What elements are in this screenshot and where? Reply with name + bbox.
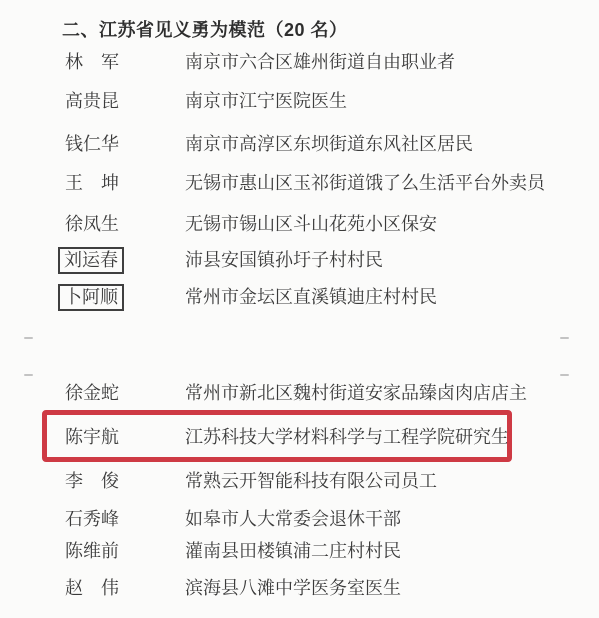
- person-description: 常州市新北区魏村街道安家品臻卤肉店店主: [185, 383, 527, 403]
- list-row: 石秀峰 如皋市人大常委会退休干部: [65, 509, 401, 529]
- list-row: 徐金蛇 常州市新北区魏村街道安家品臻卤肉店店主: [65, 383, 527, 403]
- person-description: 沛县安国镇孙圩子村村民: [185, 250, 383, 270]
- list-row: 刘运春 沛县安国镇孙圩子村村民: [65, 250, 383, 274]
- list-row: 赵 伟 滨海县八滩中学医务室医生: [65, 578, 401, 598]
- person-name-boxed: 刘运春: [65, 250, 185, 274]
- person-description: 如皋市人大常委会退休干部: [185, 509, 401, 529]
- person-description: 南京市高淳区东坝街道东风社区居民: [185, 134, 473, 154]
- list-row: 徐凤生 无锡市锡山区斗山花苑小区保安: [65, 214, 437, 234]
- list-row: 林 军 南京市六合区雄州街道自由职业者: [65, 52, 455, 72]
- person-name: 李 俊: [65, 471, 185, 491]
- person-name: 王 坤: [65, 173, 185, 193]
- person-description: 南京市六合区雄州街道自由职业者: [185, 52, 455, 72]
- person-description: 滨海县八滩中学医务室医生: [185, 578, 401, 598]
- person-description: 南京市江宁医院医生: [185, 91, 347, 111]
- person-description: 常熟云开智能科技有限公司员工: [185, 471, 437, 491]
- person-description: 无锡市锡山区斗山花苑小区保安: [185, 214, 437, 234]
- list-row-highlighted: 陈宇航 江苏科技大学材料科学与工程学院研究生: [65, 427, 509, 447]
- person-description: 无锡市惠山区玉祁街道饿了么生活平台外卖员: [185, 173, 545, 193]
- person-name: 陈宇航: [65, 427, 185, 447]
- person-description: 常州市金坛区直溪镇迪庄村村民: [185, 287, 437, 307]
- list-row: 钱仁华 南京市高淳区东坝街道东风社区居民: [65, 134, 473, 154]
- page-corner-mark: [24, 337, 33, 339]
- list-row: 卜阿顺 常州市金坛区直溪镇迪庄村村民: [65, 287, 437, 311]
- person-name: 石秀峰: [65, 509, 185, 529]
- person-name: 高贵昆: [65, 91, 185, 111]
- list-row: 李 俊 常熟云开智能科技有限公司员工: [65, 471, 437, 491]
- section-title: 二、江苏省见义勇为模范（20 名）: [62, 16, 348, 42]
- person-description: 灌南县田楼镇浦二庄村村民: [185, 541, 401, 561]
- page-corner-mark: [560, 374, 569, 376]
- person-name: 林 军: [65, 52, 185, 72]
- page-corner-mark: [24, 374, 33, 376]
- person-name: 钱仁华: [65, 134, 185, 154]
- person-description: 江苏科技大学材料科学与工程学院研究生: [185, 427, 509, 447]
- person-name: 陈维前: [65, 541, 185, 561]
- document-page: 二、江苏省见义勇为模范（20 名） 林 军 南京市六合区雄州街道自由职业者 高贵…: [0, 0, 599, 618]
- person-name: 徐金蛇: [65, 383, 185, 403]
- list-row: 王 坤 无锡市惠山区玉祁街道饿了么生活平台外卖员: [65, 173, 545, 193]
- page-corner-mark: [560, 337, 569, 339]
- list-row: 陈维前 灌南县田楼镇浦二庄村村民: [65, 541, 401, 561]
- person-name: 赵 伟: [65, 578, 185, 598]
- person-name: 徐凤生: [65, 214, 185, 234]
- list-row: 高贵昆 南京市江宁医院医生: [65, 91, 347, 111]
- person-name-boxed: 卜阿顺: [65, 287, 185, 311]
